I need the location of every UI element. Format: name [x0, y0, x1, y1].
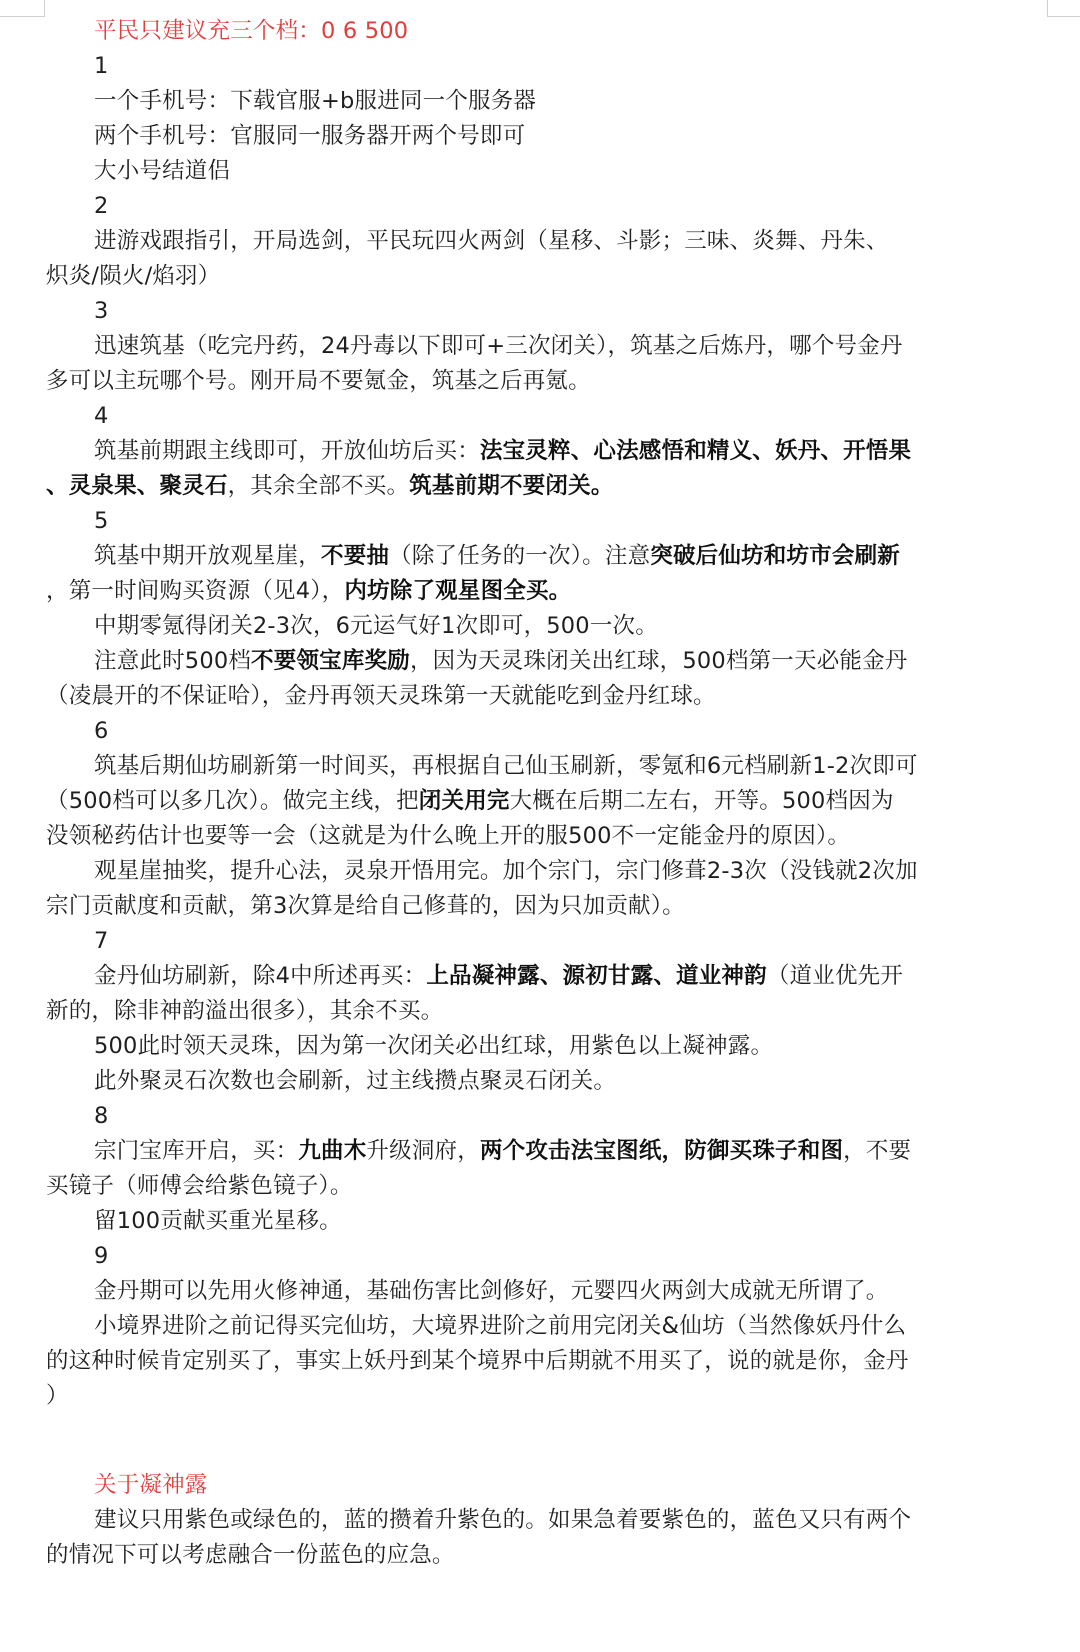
page-corner-mark-left — [0, 0, 45, 17]
text-line: 、灵泉果、聚灵石，其余全部不买。筑基前期不要闭关。 — [46, 469, 1036, 504]
text-segment: 500此时领天灵珠，因为第一次闭关必出红球，用紫色以上凝神露。 — [94, 1033, 773, 1059]
text-line: 留100贡献买重光星移。 — [46, 1204, 1036, 1239]
text-line: 此外聚灵石次数也会刷新，过主线攒点聚灵石闭关。 — [46, 1064, 1036, 1099]
text-line: 建议只用紫色或绿色的，蓝的攒着升紫色的。如果急着要紫色的，蓝色又只有两个 — [46, 1503, 1036, 1538]
ningshenlu-notes: 建议只用紫色或绿色的，蓝的攒着升紫色的。如果急着要紫色的，蓝色又只有两个的情况下… — [46, 1503, 1036, 1573]
bold-emphasis: 突破后仙坊和坊市会刷新 — [650, 543, 900, 569]
text-segment: 炽炎/陨火/焰羽） — [46, 263, 220, 289]
bold-emphasis: 内坊除了观星图全买。 — [344, 578, 571, 604]
bold-emphasis: 两个攻击法宝图纸，防御买珠子和图 — [480, 1138, 843, 1164]
text-segment: ） — [46, 1383, 69, 1409]
step-number: 2 — [46, 189, 1036, 224]
text-segment: 没领秘药估计也要等一会（这就是为什么晚上开的服500不一定能金丹的原因）。 — [46, 823, 850, 849]
text-segment: 新的，除非神韵溢出很多），其余不买。 — [46, 998, 443, 1024]
text-line: 筑基后期仙坊刷新第一时间买，再根据自己仙玉刷新，零氪和6元档刷新1-2次即可 — [46, 749, 1036, 784]
text-segment: 4 — [94, 403, 109, 429]
text-segment: 观星崖抽奖，提升心法，灵泉开悟用完。加个宗门，宗门修葺2-3次（没钱就2次加 — [94, 858, 918, 884]
bold-emphasis: 、灵泉果、聚灵石 — [46, 473, 228, 499]
text-line: 的情况下可以考虑融合一份蓝色的应急。 — [46, 1538, 1036, 1573]
bold-emphasis: 筑基前期不要闭关。 — [409, 473, 613, 499]
page-corner-mark-right — [1047, 0, 1080, 17]
text-segment: 3 — [94, 298, 109, 324]
text-segment: 金丹仙坊刷新，除4中所述再买： — [94, 963, 426, 989]
text-segment: ，因为天灵珠闭关出红球，500档第一天必能金丹 — [410, 648, 908, 674]
text-segment: 此外聚灵石次数也会刷新，过主线攒点聚灵石闭关。 — [94, 1068, 616, 1094]
text-line: 的这种时候肯定别买了，事实上妖丹到某个境界中后期就不用买了，说的就是你，金丹 — [46, 1344, 1036, 1379]
step-number: 7 — [46, 924, 1036, 959]
step-number: 1 — [46, 49, 1036, 84]
section-heading-ningshenlu: 关于凝神露 — [46, 1468, 1036, 1503]
text-segment: 升级洞府， — [366, 1138, 480, 1164]
text-segment: 建议只用紫色或绿色的，蓝的攒着升紫色的。如果急着要紫色的，蓝色又只有两个 — [94, 1507, 911, 1533]
step-number: 5 — [46, 504, 1036, 539]
bold-emphasis: 闭关用完 — [419, 788, 510, 814]
text-segment: 宗门贡献度和贡献，第3次算是给自己修葺的，因为只加贡献）。 — [46, 893, 685, 919]
text-segment: 2 — [94, 193, 109, 219]
text-segment: 买镜子（师傅会给紫色镜子）。 — [46, 1173, 353, 1199]
text-segment: 注意此时500档 — [94, 648, 251, 674]
text-line: 筑基前期跟主线即可，开放仙坊后买：法宝灵粹、心法感悟和精义、妖丹、开悟果 — [46, 434, 1036, 469]
text-segment: 大概在后期二左右，开等。500档因为 — [510, 788, 894, 814]
text-segment: 9 — [94, 1243, 109, 1269]
text-line: 筑基中期开放观星崖，不要抽（除了任务的一次）。注意突破后仙坊和坊市会刷新 — [46, 539, 1036, 574]
text-line: 观星崖抽奖，提升心法，灵泉开悟用完。加个宗门，宗门修葺2-3次（没钱就2次加 — [46, 854, 1036, 889]
text-line: 没领秘药估计也要等一会（这就是为什么晚上开的服500不一定能金丹的原因）。 — [46, 819, 1036, 854]
text-segment: （除了任务的一次）。注意 — [389, 543, 650, 569]
text-line: （500档可以多几次）。做完主线，把闭关用完大概在后期二左右，开等。500档因为 — [46, 784, 1036, 819]
text-segment: 一个手机号：下载官服+b服进同一个服务器 — [94, 88, 536, 114]
text-segment: 金丹期可以先用火修神通，基础伤害比剑修好，元婴四火两剑大成就无所谓了。 — [94, 1278, 889, 1304]
text-segment: 的这种时候肯定别买了，事实上妖丹到某个境界中后期就不用买了，说的就是你，金丹 — [46, 1348, 909, 1374]
text-line: 一个手机号：下载官服+b服进同一个服务器 — [46, 84, 1036, 119]
step-number: 8 — [46, 1099, 1036, 1134]
text-segment: ，不要 — [843, 1138, 911, 1164]
text-line: 炽炎/陨火/焰羽） — [46, 259, 1036, 294]
text-segment: 中期零氪得闭关2-3次，6元运气好1次即可，500一次。 — [94, 613, 658, 639]
text-line: 小境界进阶之前记得买完仙坊，大境界进阶之前用完闭关&仙坊（当然像妖丹什么 — [46, 1309, 1036, 1344]
step-number: 3 — [46, 294, 1036, 329]
text-segment: （凌晨开的不保证哈），金丹再领天灵珠第一天就能吃到金丹红球。 — [46, 683, 716, 709]
text-line: 500此时领天灵珠，因为第一次闭关必出红球，用紫色以上凝神露。 — [46, 1029, 1036, 1064]
text-line: 大小号结道侣 — [46, 154, 1036, 189]
text-line: 宗门宝库开启，买：九曲木升级洞府，两个攻击法宝图纸，防御买珠子和图，不要 — [46, 1134, 1036, 1169]
section-spacer — [46, 1414, 1036, 1468]
step-number: 4 — [46, 399, 1036, 434]
step-number: 6 — [46, 714, 1036, 749]
text-line: 买镜子（师傅会给紫色镜子）。 — [46, 1169, 1036, 1204]
text-segment: ，第一时间购买资源（见4）， — [46, 578, 344, 604]
text-segment: 5 — [94, 508, 109, 534]
text-segment: 筑基中期开放观星崖， — [94, 543, 321, 569]
text-line: 新的，除非神韵溢出很多），其余不买。 — [46, 994, 1036, 1029]
text-line: 多可以主玩哪个号。刚开局不要氪金，筑基之后再氪。 — [46, 364, 1036, 399]
text-line: 两个手机号：官服同一服务器开两个号即可 — [46, 119, 1036, 154]
bold-emphasis: 不要抽 — [321, 543, 389, 569]
text-segment: ，其余全部不买。 — [228, 473, 410, 499]
text-segment: 1 — [94, 53, 109, 79]
text-segment: 进游戏跟指引，开局选剑，平民玩四火两剑（星移、斗影；三味、炎舞、丹朱、 — [94, 228, 889, 254]
text-segment: 宗门宝库开启，买： — [94, 1138, 298, 1164]
text-line: 宗门贡献度和贡献，第3次算是给自己修葺的，因为只加贡献）。 — [46, 889, 1036, 924]
text-segment: 筑基后期仙坊刷新第一时间买，再根据自己仙玉刷新，零氪和6元档刷新1-2次即可 — [94, 753, 918, 779]
text-segment: 小境界进阶之前记得买完仙坊，大境界进阶之前用完闭关&仙坊（当然像妖丹什么 — [94, 1313, 906, 1339]
document-body: 平民只建议充三个档：0 6 500 1一个手机号：下载官服+b服进同一个服务器两… — [46, 14, 1036, 1573]
text-segment: 6 — [94, 718, 109, 744]
text-line: 注意此时500档不要领宝库奖励，因为天灵珠闭关出红球，500档第一天必能金丹 — [46, 644, 1036, 679]
bold-emphasis: 上品凝神露、源初甘露、道业神韵 — [426, 963, 767, 989]
text-line: 迅速筑基（吃完丹药，24丹毒以下即可+三次闭关），筑基之后炼丹，哪个号金丹 — [46, 329, 1036, 364]
text-line: 金丹期可以先用火修神通，基础伤害比剑修好，元婴四火两剑大成就无所谓了。 — [46, 1274, 1036, 1309]
text-line: （凌晨开的不保证哈），金丹再领天灵珠第一天就能吃到金丹红球。 — [46, 679, 1036, 714]
text-segment: 筑基前期跟主线即可，开放仙坊后买： — [94, 438, 480, 464]
text-line: 进游戏跟指引，开局选剑，平民玩四火两剑（星移、斗影；三味、炎舞、丹朱、 — [46, 224, 1036, 259]
text-line: ） — [46, 1379, 1036, 1414]
bold-emphasis: 九曲木 — [298, 1138, 366, 1164]
document-title: 平民只建议充三个档：0 6 500 — [46, 14, 1036, 49]
guide-steps: 1一个手机号：下载官服+b服进同一个服务器两个手机号：官服同一服务器开两个号即可… — [46, 49, 1036, 1414]
step-number: 9 — [46, 1239, 1036, 1274]
text-line: 中期零氪得闭关2-3次，6元运气好1次即可，500一次。 — [46, 609, 1036, 644]
text-line: 金丹仙坊刷新，除4中所述再买：上品凝神露、源初甘露、道业神韵（道业优先开 — [46, 959, 1036, 994]
text-segment: 留100贡献买重光星移。 — [94, 1208, 342, 1234]
text-segment: 多可以主玩哪个号。刚开局不要氪金，筑基之后再氪。 — [46, 368, 591, 394]
text-segment: 大小号结道侣 — [94, 158, 230, 184]
text-segment: 7 — [94, 928, 109, 954]
text-segment: 两个手机号：官服同一服务器开两个号即可 — [94, 123, 525, 149]
bold-emphasis: 法宝灵粹、心法感悟和精义、妖丹、开悟果 — [480, 438, 911, 464]
text-segment: 8 — [94, 1103, 109, 1129]
text-line: ，第一时间购买资源（见4），内坊除了观星图全买。 — [46, 574, 1036, 609]
text-segment: 的情况下可以考虑融合一份蓝色的应急。 — [46, 1542, 455, 1568]
text-segment: （道业优先开 — [767, 963, 903, 989]
text-segment: 迅速筑基（吃完丹药，24丹毒以下即可+三次闭关），筑基之后炼丹，哪个号金丹 — [94, 333, 903, 359]
bold-emphasis: 不要领宝库奖励 — [251, 648, 410, 674]
text-segment: （500档可以多几次）。做完主线，把 — [46, 788, 419, 814]
